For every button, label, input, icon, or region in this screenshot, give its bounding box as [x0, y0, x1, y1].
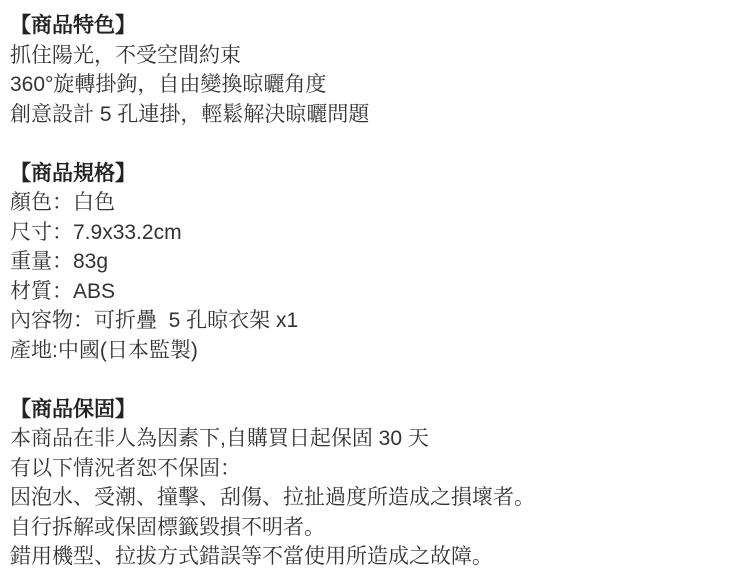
warranty-line: 錯用機型、拉拔方式錯誤等不當使用所造成之故障。	[10, 542, 740, 572]
feature-line: 360°旋轉掛鉤，自由變換晾曬角度	[10, 70, 740, 100]
section-product-features: 【商品特色】 抓住陽光，不受空間約束 360°旋轉掛鉤，自由變換晾曬角度 創意設…	[10, 11, 740, 129]
section-product-specs: 【商品規格】 顏色：白色 尺寸：7.9x33.2cm 重量：83g 材質：ABS…	[10, 159, 740, 366]
section-heading-features: 【商品特色】	[10, 11, 740, 41]
spec-line-material: 材質：ABS	[10, 277, 740, 307]
spec-line-weight: 重量：83g	[10, 247, 740, 277]
section-heading-specs: 【商品規格】	[10, 159, 740, 189]
warranty-line: 本商品在非人為因素下,自購買日起保固 30 天	[10, 424, 740, 454]
feature-line: 抓住陽光，不受空間約束	[10, 41, 740, 71]
section-product-warranty: 【商品保固】 本商品在非人為因素下,自購買日起保固 30 天 有以下情況者恕不保…	[10, 395, 740, 572]
warranty-line: 自行拆解或保固標籤毀損不明者。	[10, 513, 740, 543]
section-heading-warranty: 【商品保固】	[10, 395, 740, 425]
spec-line-size: 尺寸：7.9x33.2cm	[10, 218, 740, 248]
warranty-line: 有以下情況者恕不保固：	[10, 454, 740, 484]
feature-line: 創意設計 5 孔連掛，輕鬆解決晾曬問題	[10, 100, 740, 130]
spec-line-contents: 內容物：可折疊 5 孔晾衣架 x1	[10, 306, 740, 336]
product-description: 【商品特色】 抓住陽光，不受空間約束 360°旋轉掛鉤，自由變換晾曬角度 創意設…	[0, 0, 750, 572]
spec-line-color: 顏色：白色	[10, 188, 740, 218]
spec-line-origin: 產地:中國(日本監製)	[10, 336, 740, 366]
warranty-line: 因泡水、受潮、撞擊、刮傷、拉扯過度所造成之損壞者。	[10, 483, 740, 513]
